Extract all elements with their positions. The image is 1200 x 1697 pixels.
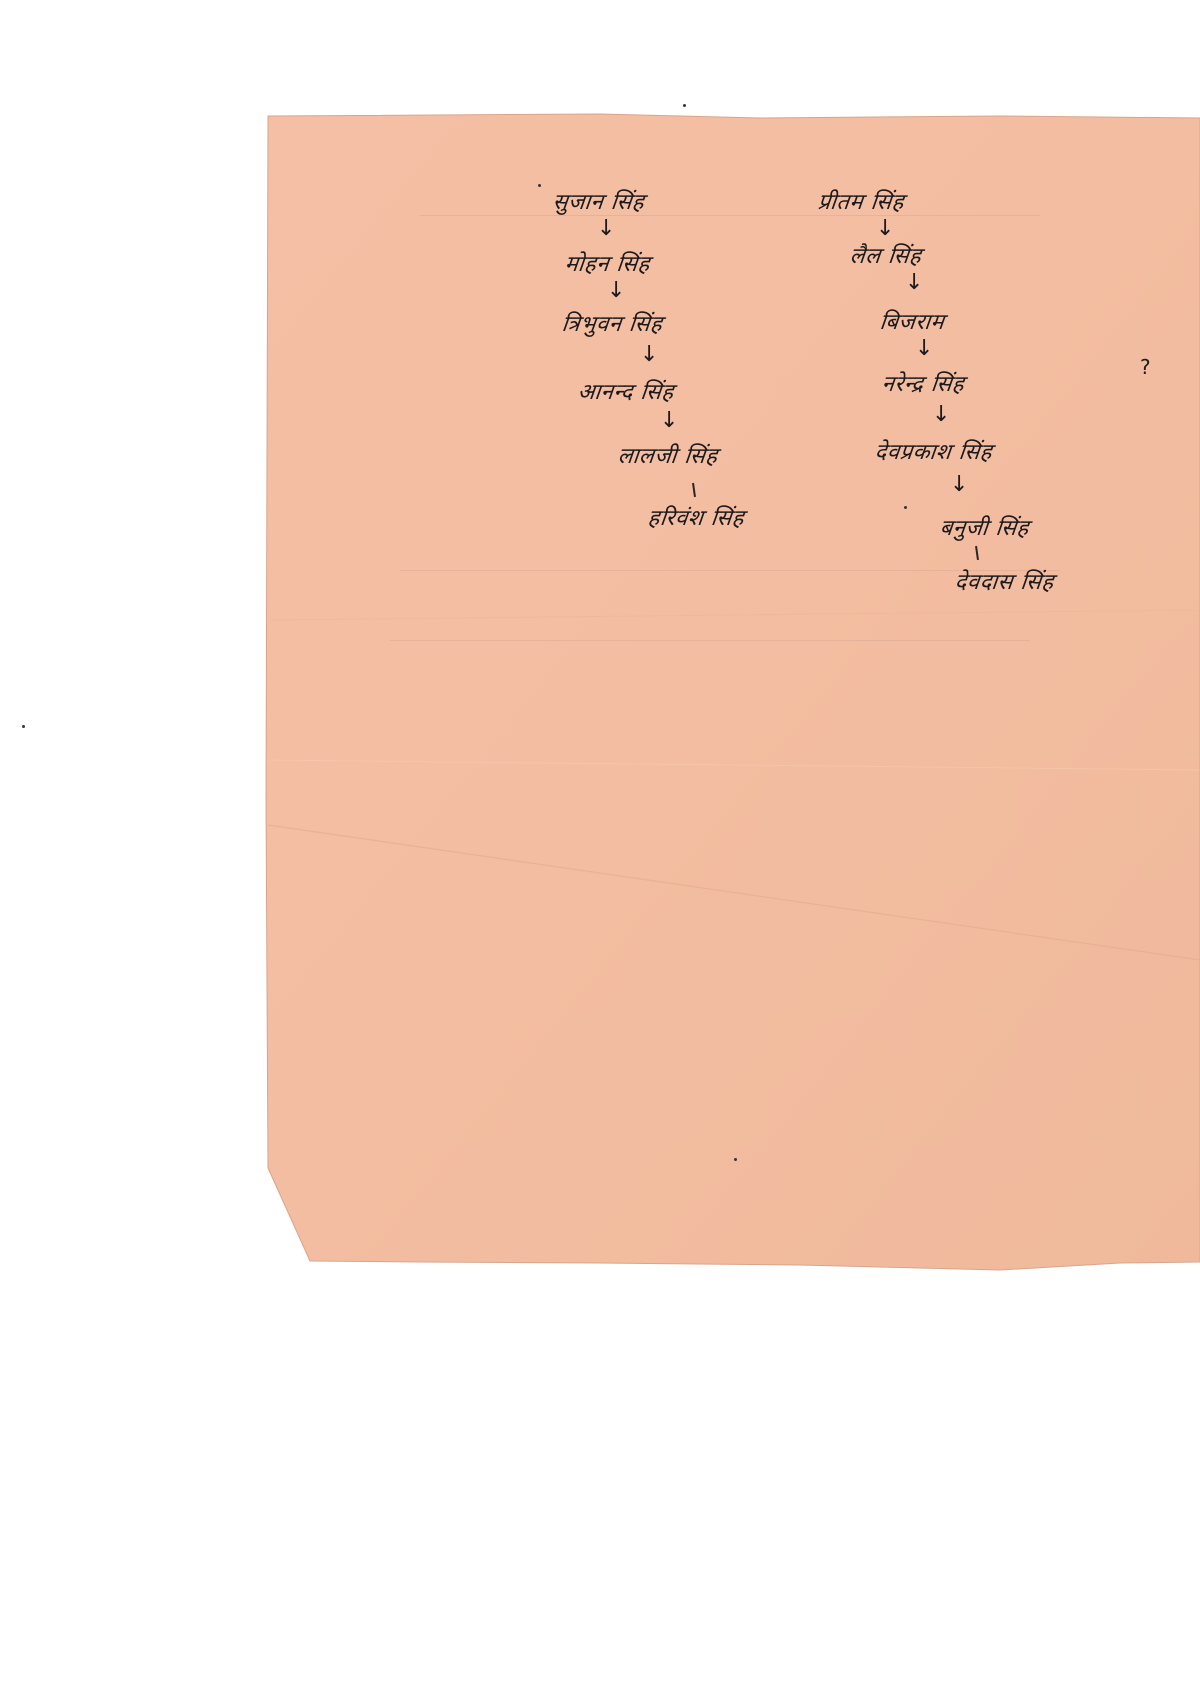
down-arrow-icon: ↓	[607, 280, 625, 302]
show-through-line	[390, 640, 1030, 641]
lineage-name: नरेन्द्र सिंह	[880, 368, 966, 398]
ink-speck	[683, 104, 686, 107]
ink-speck	[538, 184, 541, 187]
ink-speck	[734, 1158, 737, 1161]
lineage-name: आनन्द सिंह	[576, 376, 675, 406]
down-arrow-icon: ↓	[932, 404, 950, 426]
lineage-name: हरिवंश सिंह	[646, 502, 745, 532]
lineage-name: लैल सिंह	[848, 240, 923, 270]
down-arrow-icon: ↓	[597, 218, 615, 240]
lineage-name: देवप्रकाश सिंह	[873, 436, 993, 466]
lineage-name: सुजान सिंह	[551, 186, 646, 216]
lineage-name: बनुजी सिंह	[938, 512, 1030, 542]
down-arrow-icon: ↓	[915, 338, 933, 360]
down-arrow-icon: ↓	[876, 218, 894, 240]
lineage-name: लालजी सिंह	[616, 440, 719, 470]
margin-question-mark: ?	[1140, 355, 1151, 379]
show-through-line	[420, 215, 1040, 216]
ink-speck	[904, 506, 907, 509]
lineage-name: मोहन सिंह	[563, 248, 651, 278]
lineage-name: प्रीतम सिंह	[816, 186, 905, 216]
lineage-name: बिजराम	[878, 306, 946, 336]
down-arrow-icon: ↓	[905, 272, 923, 294]
down-arrow-icon: ↓	[950, 474, 968, 496]
lineage-name: त्रिभुवन सिंह	[560, 308, 664, 338]
ink-speck	[22, 725, 25, 728]
down-arrow-icon: ↓	[660, 410, 678, 432]
down-arrow-icon: ↓	[640, 344, 658, 366]
lineage-name: देवदास सिंह	[953, 566, 1055, 596]
